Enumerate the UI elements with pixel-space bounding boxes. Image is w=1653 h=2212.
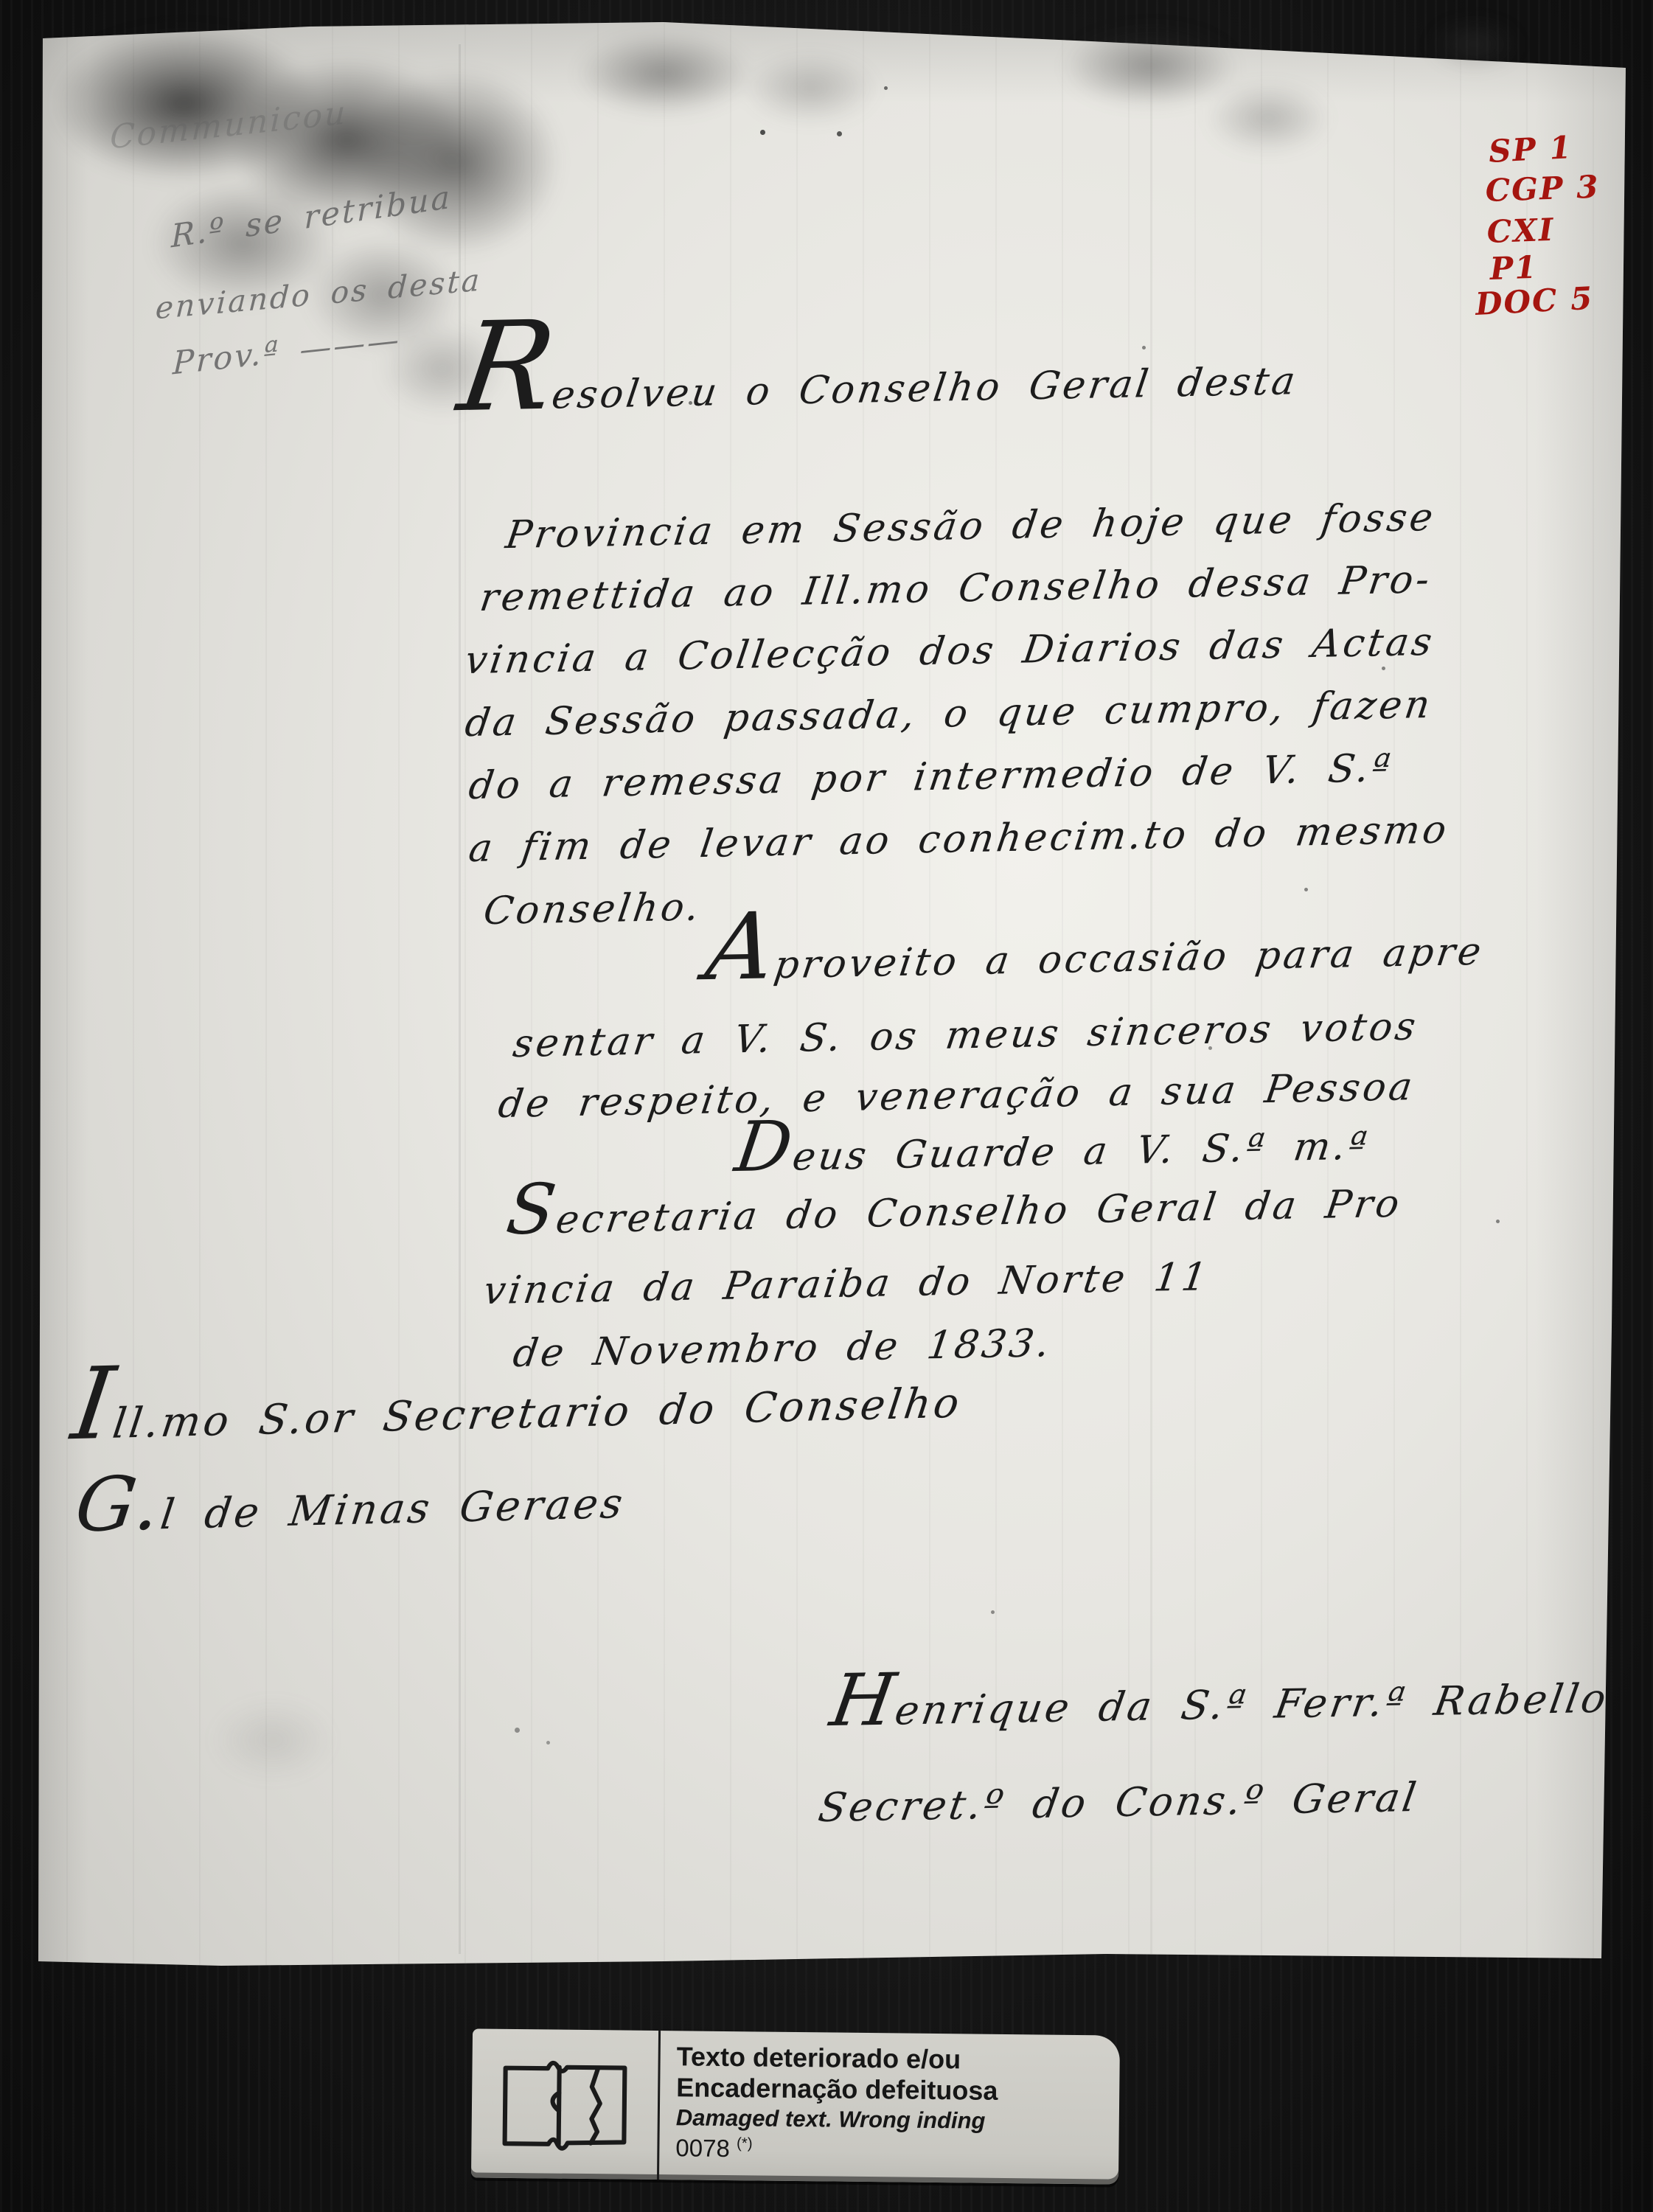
scan-background: Communicou R.º se retribua enviando os d… (0, 0, 1653, 2212)
damaged-book-icon (471, 2028, 661, 2180)
letter-line: Conselho. (481, 888, 704, 931)
archival-code: CXI (1486, 215, 1555, 248)
letter-line: de Novembro de 1833. (511, 1324, 1054, 1373)
letter-line: Deus Guarde a V. S.ª m.ª (732, 1127, 1372, 1178)
archival-code: P1 (1489, 252, 1538, 285)
signature-line: Secret.º do Cons.º Geral (815, 1778, 1421, 1828)
ink-specks (0, 0, 2, 2)
label-title-pt: Encadernação defeituosa (676, 2073, 1112, 2109)
damaged-text-label: Texto deteriorado e/ou Encadernação defe… (471, 2028, 1120, 2184)
archival-code: SP 1 (1488, 132, 1573, 167)
label-footnote-mark: (*) (737, 2135, 753, 2152)
archival-code: DOC 5 (1475, 283, 1594, 320)
label-title-en: Damaged text. Wrong inding (676, 2104, 1112, 2137)
archival-code: CGP 3 (1485, 172, 1600, 206)
label-title-pt: Texto deteriorado e/ou (676, 2041, 1112, 2077)
label-number-value: 0078 (675, 2134, 730, 2162)
label-number: 0078 (*) (675, 2132, 1111, 2168)
